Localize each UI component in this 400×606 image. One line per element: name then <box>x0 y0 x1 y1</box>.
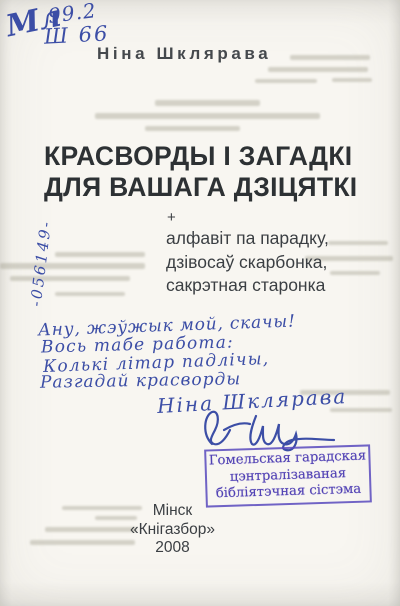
subtitle: алфавіт па парадку, дзівосаў скарбонка, … <box>166 227 329 298</box>
bleedthrough-smudge <box>290 55 370 60</box>
book-title-line1: КРАСВОРДЫ І ЗАГАДКІ <box>44 141 357 172</box>
bleedthrough-smudge <box>95 113 320 119</box>
bleedthrough-smudge <box>332 78 372 82</box>
book-title-line2: ДЛЯ ВАШАГА ДЗІЦЯТКІ <box>44 172 357 203</box>
bleedthrough-smudge <box>0 263 145 269</box>
subtitle-line3: сакрэтная старонка <box>166 274 329 298</box>
bleedthrough-smudge <box>55 292 125 296</box>
book-title: КРАСВОРДЫ І ЗАГАДКІ ДЛЯ ВАШАГА ДЗІЦЯТКІ <box>44 141 357 203</box>
imprint-year: 2008 <box>90 539 255 558</box>
imprint-city: Мінск <box>90 502 255 521</box>
bleedthrough-smudge <box>155 100 260 106</box>
imprint: Мінск «Кнігазбор» 2008 <box>90 502 255 558</box>
author-name: Ніна Шклярава <box>97 44 271 64</box>
library-stamp: Гомельская гарадская цэнтралізаваная біб… <box>204 444 372 507</box>
bleedthrough-smudge <box>10 276 130 281</box>
bleedthrough-smudge <box>55 252 145 257</box>
bleedthrough-smudge <box>255 79 317 83</box>
imprint-publisher: «Кнігазбор» <box>90 521 255 540</box>
bleedthrough-smudge <box>330 271 380 275</box>
bleedthrough-smudge <box>328 241 388 245</box>
bleedthrough-smudge <box>145 126 240 131</box>
inscription-line4: Разгадай красворды <box>40 369 241 393</box>
signature-flourish <box>190 404 340 452</box>
scanned-title-page: Мл 99.2 Ш 66 Ніна Шклярава КРАСВОРДЫ І З… <box>0 0 400 606</box>
inventory-number: -056149- <box>24 197 58 328</box>
subtitle-line1: алфавіт па парадку, <box>166 227 329 251</box>
bleedthrough-smudge <box>268 67 368 72</box>
library-stamp-line3: бібліятэчная сістэма <box>207 482 369 504</box>
subtitle-line2: дзівосаў скарбонка, <box>166 251 329 275</box>
plus-sign: + <box>167 209 176 226</box>
